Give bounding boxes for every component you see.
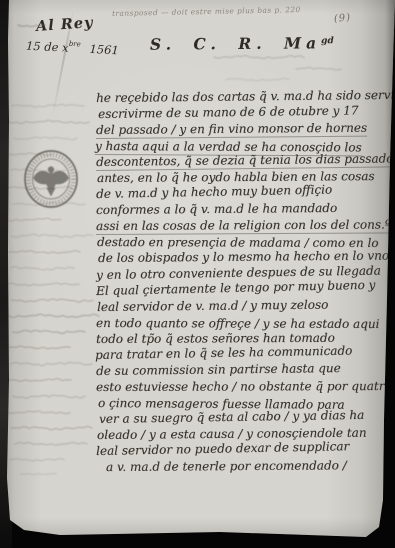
salutation-main: S. C. R. Ma xyxy=(150,33,321,53)
date-year: 1561 xyxy=(89,42,119,58)
address-line: Al Rey xyxy=(35,14,94,35)
body-line: assi en las cosas de la religion con los… xyxy=(96,214,384,232)
scan-background: transposed — doit estre mise plus bas p.… xyxy=(0,0,395,548)
date-prefix: 15 de x xyxy=(26,39,69,55)
manuscript-page: transposed — doit estre mise plus bas p.… xyxy=(0,0,395,548)
letter-body: he reçebido las dos cartas q̃ v. ma.d ha… xyxy=(96,87,384,472)
body-line: de su commission sin partirse hasta que xyxy=(96,356,384,376)
salutation-line: S. C. R. Magd xyxy=(150,33,334,54)
salutation-superscript: gd xyxy=(321,36,334,46)
body-line: esto estuviesse hecho / no obstante q̃ p… xyxy=(96,375,384,392)
archive-eagle-stamp-icon xyxy=(22,148,80,210)
body-line: a v. ma.d de tenerle por encomendado / xyxy=(106,454,384,472)
body-line: del passado / y en fin vino monsor de ho… xyxy=(96,117,384,136)
date-superscript: bre xyxy=(69,40,81,49)
eagle-icon xyxy=(33,166,69,196)
body-line: leal servidor de v. ma.d / y muy zeloso xyxy=(97,293,384,312)
folio-number: (9) xyxy=(333,12,351,25)
body-line-text: a v. ma.d de tenerle por encomendado / xyxy=(106,458,347,474)
pencil-annotation: transposed — doit estre mise plus bas p.… xyxy=(112,5,301,18)
body-line: conformes a lo q̃ v. ma.d le ha mandado xyxy=(96,197,384,216)
date-line: 15 de xbre1561 xyxy=(26,38,120,58)
